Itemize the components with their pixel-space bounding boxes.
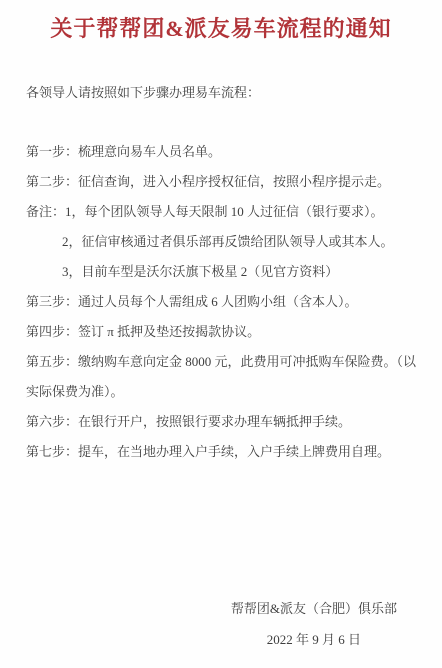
notice-body: 第一步：梳理意向易车人员名单。第二步：征信查询，进入小程序授权征信，按照小程序提… [0, 137, 442, 467]
notice-page: 关于帮帮团&派友易车流程的通知 各领导人请按照如下步骤办理易车流程： 第一步：梳… [0, 0, 442, 668]
notice-title: 关于帮帮团&派友易车流程的通知 [0, 14, 442, 44]
body-line: 第七步：提车，在当地办理入户手续，入户手续上牌费用自理。 [0, 437, 442, 467]
body-line: 第三步：通过人员每个人需组成 6 人团购小组（含本人）。 [0, 287, 442, 317]
body-line: 第二步：征信查询，进入小程序授权征信，按照小程序提示走。 [0, 167, 442, 197]
body-line: 实际保费为准）。 [0, 377, 442, 407]
intro-line: 各领导人请按照如下步骤办理易车流程： [26, 83, 442, 103]
body-line: 第五步：缴纳购车意向定金 8000 元，此费用可冲抵购车保险费。（以 [0, 347, 442, 377]
signature-block: 帮帮团&派友（合肥）俱乐部 2022 年 9 月 6 日 [231, 593, 397, 655]
body-line: 3，目前车型是沃尔沃旗下极星 2（见官方资料） [0, 257, 442, 287]
body-line: 第一步：梳理意向易车人员名单。 [0, 137, 442, 167]
date-line: 2022 年 9 月 6 日 [231, 624, 397, 655]
signature-line: 帮帮团&派友（合肥）俱乐部 [231, 593, 397, 624]
body-line: 第四步：签订 π 抵押及垫还按揭款协议。 [0, 317, 442, 347]
body-line: 备注：1，每个团队领导人每天限制 10 人过征信（银行要求）。 [0, 197, 442, 227]
body-line: 2，征信审核通过者俱乐部再反馈给团队领导人或其本人。 [0, 227, 442, 257]
body-line: 第六步：在银行开户，按照银行要求办理车辆抵押手续。 [0, 407, 442, 437]
